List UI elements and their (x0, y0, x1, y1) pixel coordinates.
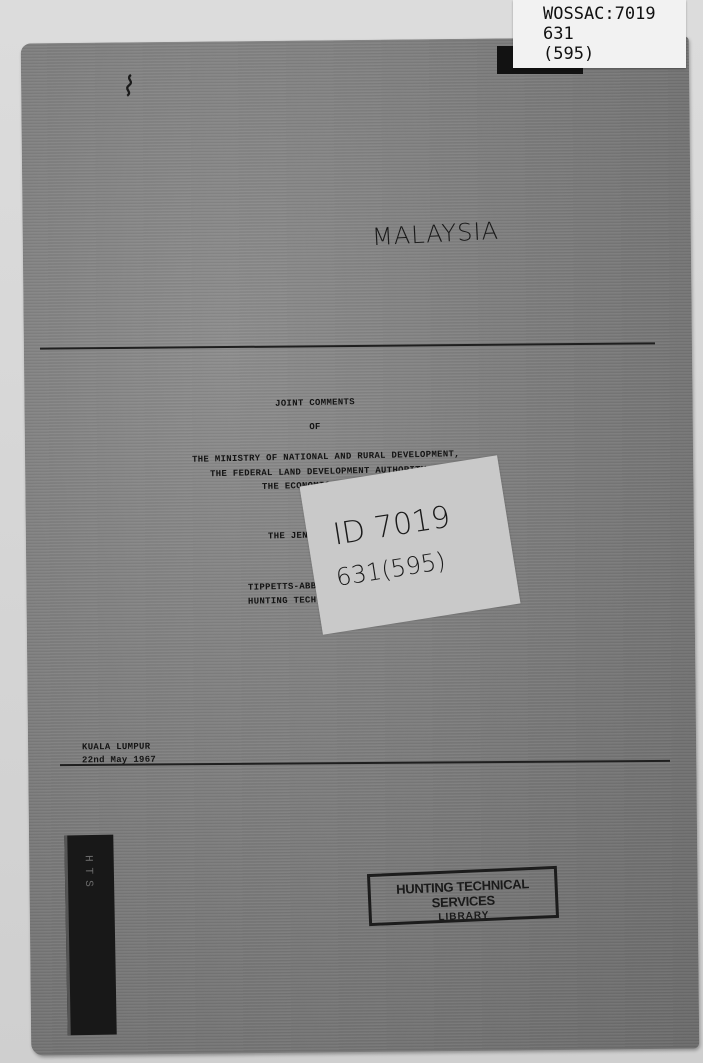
title-tippetts: TIPPETTS-ABB (248, 581, 317, 592)
archive-subnumber: (595) (543, 44, 686, 64)
title-of: OF (290, 421, 340, 432)
archive-label: WOSSAC:7019 631 (595) (513, 0, 686, 68)
sticker-id: ID 7019 (331, 500, 453, 553)
title-hunting: HUNTING TECH (248, 595, 317, 606)
place: KUALA LUMPUR (82, 742, 151, 753)
archive-id: WOSSAC:7019 (543, 4, 686, 24)
spine-text: HTS (82, 855, 95, 893)
library-stamp: HUNTING TECHNICAL SERVICES LIBRARY (367, 866, 559, 926)
sticker-number: 631(595) (334, 547, 447, 592)
handwritten-sticker: ID 7019 631(595) (299, 455, 520, 634)
spine-label: HTS (64, 835, 116, 1036)
archive-number: 631 (543, 24, 686, 44)
